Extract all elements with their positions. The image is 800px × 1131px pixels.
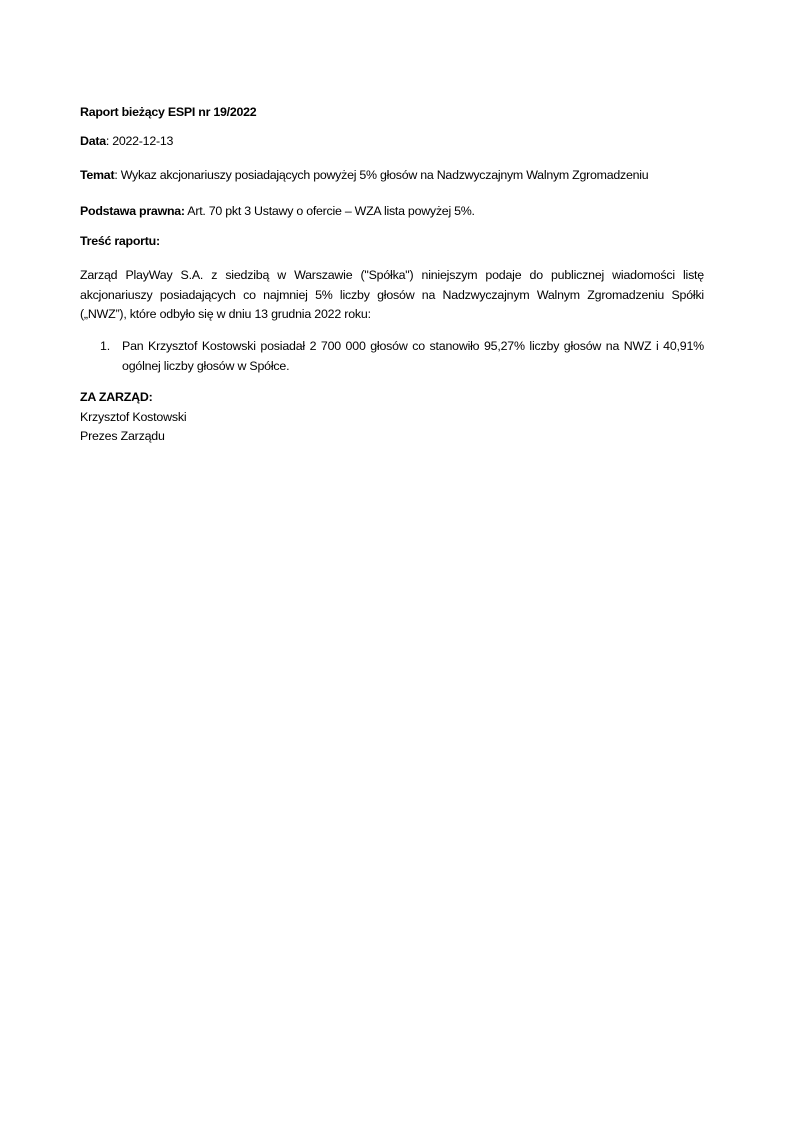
list-item: 1. Pan Krzysztof Kostowski posiadał 2 70… [80,337,704,376]
list-item-line: Pan Krzysztof Kostowski posiadał 2 700 0… [122,337,704,357]
report-body-paragraph: Zarząd PlayWay S.A. z siedzibą w Warszaw… [80,266,704,325]
content-label: Treść raportu: [80,233,160,249]
list-item-line: ogólnej liczby głosów w Spółce. [122,357,704,377]
signature-heading: ZA ZARZĄD: [80,388,186,408]
legal-basis-label: Podstawa prawna: [80,204,185,218]
signature-block: ZA ZARZĄD: Krzysztof Kostowski Prezes Za… [80,388,186,447]
legal-basis-value: Art. 70 pkt 3 Ustawy o ofercie – WZA lis… [185,204,475,218]
topic-label: Temat [80,168,114,182]
date-value: : 2022-12-13 [106,134,173,148]
legal-basis: Podstawa prawna: Art. 70 pkt 3 Ustawy o … [80,203,475,219]
signatory-position: Prezes Zarządu [80,427,186,447]
paragraph-line: Zarząd PlayWay S.A. z siedzibą w Warszaw… [80,266,704,286]
signatory-name: Krzysztof Kostowski [80,408,186,428]
paragraph-line: akcjonariuszy posiadających co najmniej … [80,286,704,306]
date-label: Data [80,134,106,148]
list-item-number: 1. [100,337,110,357]
report-title: Raport bieżący ESPI nr 19/2022 [80,104,256,120]
shareholder-list: 1. Pan Krzysztof Kostowski posiadał 2 70… [80,337,704,376]
paragraph-line: („NWZ”), które odbyło się w dniu 13 grud… [80,305,704,325]
report-date: Data: 2022-12-13 [80,133,173,149]
topic-value: : Wykaz akcjonariuszy posiadających powy… [114,168,648,182]
report-topic: Temat: Wykaz akcjonariuszy posiadających… [80,167,648,183]
